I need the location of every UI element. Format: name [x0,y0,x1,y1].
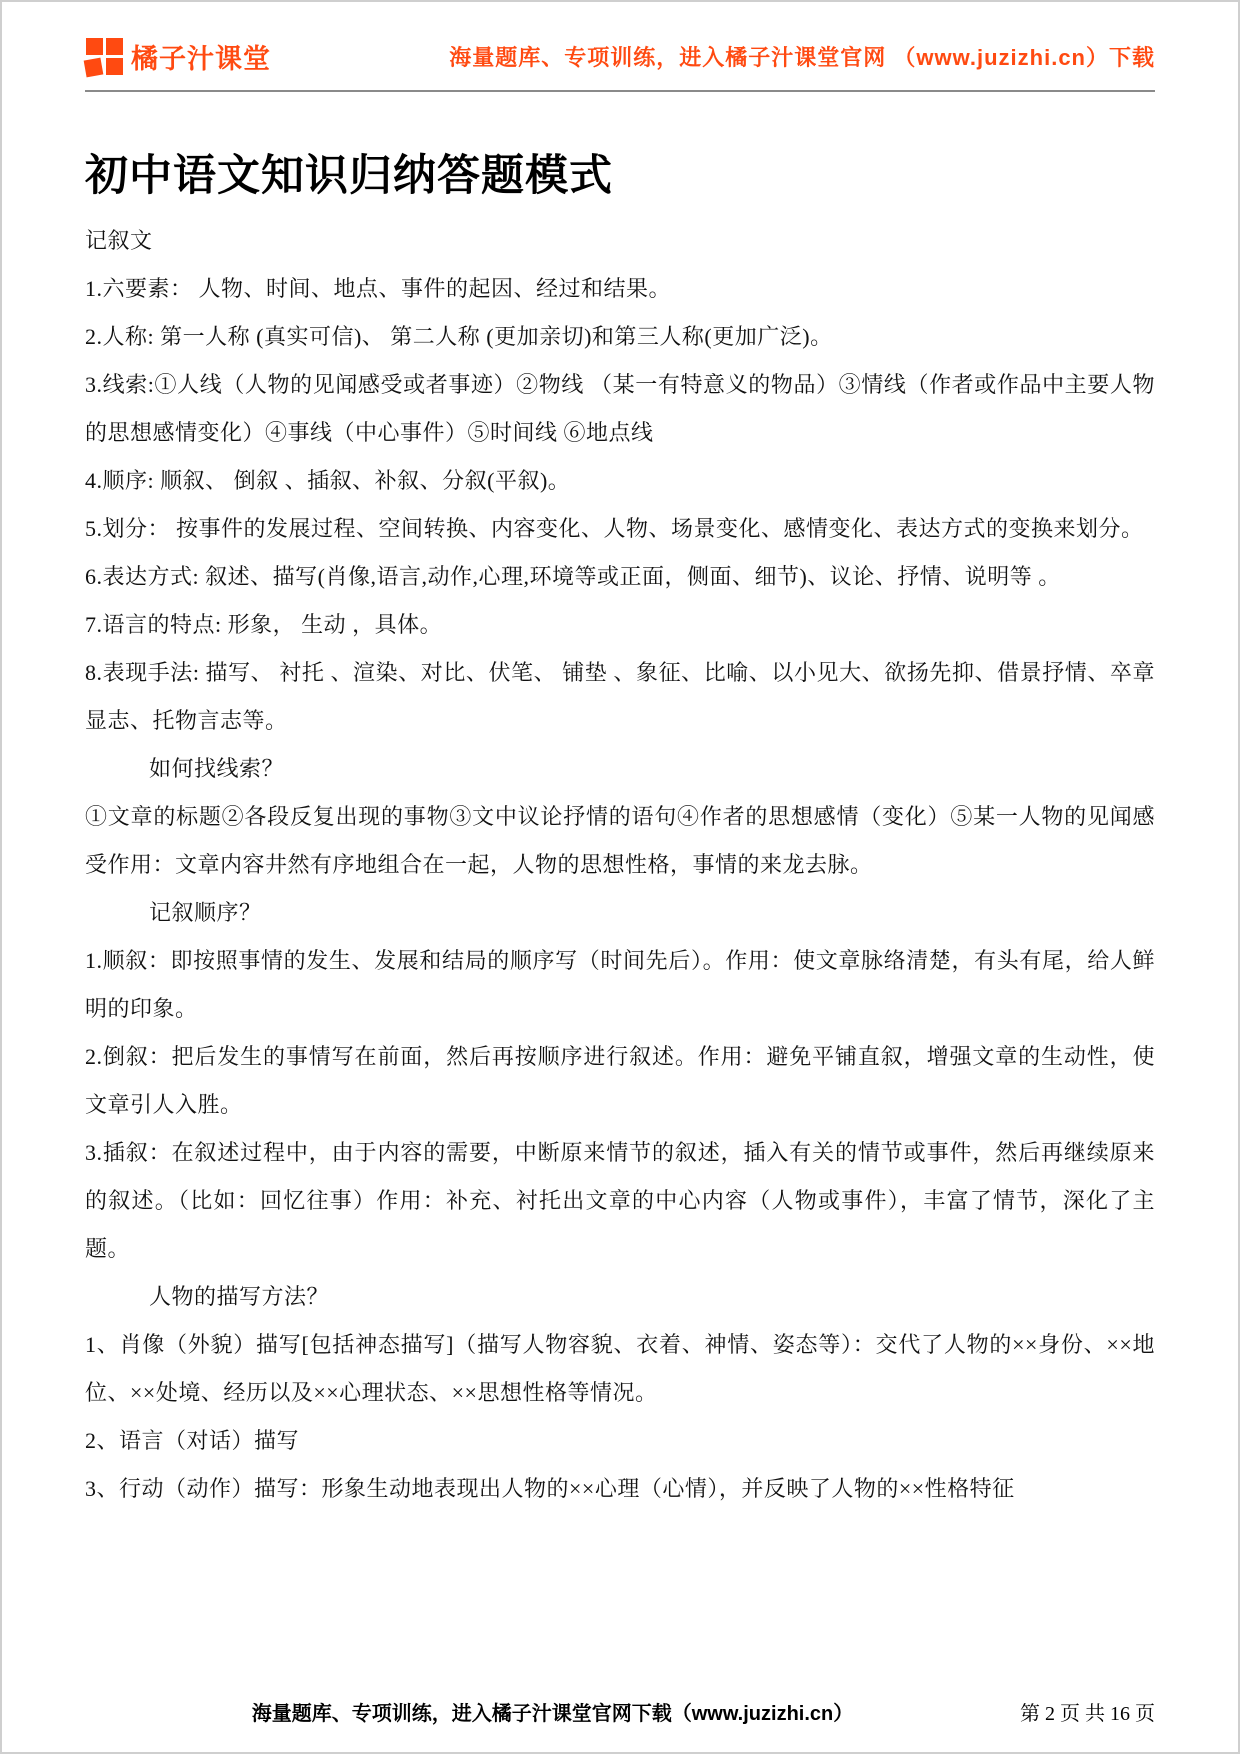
page-title: 初中语文知识归纳答题模式 [85,142,1155,203]
page-footer: 海量题库、专项训练，进入橘子汁课堂官网下载（www.juzizhi.cn） 第 … [85,1697,1155,1726]
paragraph: 1.顺叙：即按照事情的发生、发展和结局的顺序写（时间先后）。作用：使文章脉络清楚… [85,937,1155,1033]
section-heading: 记叙顺序？ [149,889,1155,937]
footer-promo-text: 海量题库、专项训练，进入橘子汁课堂官网下载（www.juzizhi.cn） [85,1697,1020,1726]
logo-text: 橘子汁课堂 [131,37,271,76]
paragraph: 1.六要素： 人物、时间、地点、事件的起因、经过和结果。 [85,265,1155,313]
body-paragraphs: 记叙文1.六要素： 人物、时间、地点、事件的起因、经过和结果。2.人称: 第一人… [85,217,1155,1513]
paragraph: 3.线索:①人线（人物的见闻感受或者事迹）②物线 （某一有特意义的物品）③情线（… [85,361,1155,457]
paragraph: 2.人称: 第一人称 (真实可信)、 第二人称 (更加亲切)和第三人称(更加广泛… [85,313,1155,361]
header-promo-text: 海量题库、专项训练，进入橘子汁课堂官网 （www.juzizhi.cn）下载 [449,41,1155,72]
paragraph: 3、行动（动作）描写：形象生动地表现出人物的××心理（心情），并反映了人物的××… [85,1465,1155,1513]
page-header: 橘子汁课堂 海量题库、专项训练，进入橘子汁课堂官网 （www.juzizhi.c… [85,0,1155,76]
paragraph: 3.插叙：在叙述过程中，由于内容的需要，中断原来情节的叙述，插入有关的情节或事件… [85,1129,1155,1273]
document-page: { "page": { "colors": { "accent": "#ff4a… [0,0,1240,1754]
page-number: 第 2 页 共 16 页 [1020,1697,1155,1726]
paragraph: 8.表现手法: 描写、 衬托 、渲染、对比、伏笔、 铺垫 、象征、比喻、以小见大… [85,649,1155,745]
paragraph: 5.划分： 按事件的发展过程、空间转换、内容变化、人物、场景变化、感情变化、表达… [85,505,1155,553]
paragraph: ①文章的标题②各段反复出现的事物③文中议论抒情的语句④作者的思想感情（变化）⑤某… [85,793,1155,889]
juzizhi-logo-icon [85,36,125,76]
paragraph: 4.顺序: 顺叙、 倒叙 、插叙、补叙、分叙(平叙)。 [85,457,1155,505]
header-divider [85,90,1155,92]
juzizhi-logo: 橘子汁课堂 [85,36,271,76]
section-heading: 人物的描写方法？ [149,1273,1155,1321]
paragraph: 2.倒叙：把后发生的事情写在前面，然后再按顺序进行叙述。作用：避免平铺直叙，增强… [85,1033,1155,1129]
paragraph: 6.表达方式: 叙述、描写(肖像,语言,动作,心理,环境等或正面，侧面、细节)、… [85,553,1155,601]
paragraph: 记叙文 [85,217,1155,265]
section-heading: 如何找线索？ [149,745,1155,793]
paragraph: 2、语言（对话）描写 [85,1417,1155,1465]
paragraph: 7.语言的特点: 形象， 生动 ，具体。 [85,601,1155,649]
paragraph: 1、肖像（外貌）描写[包括神态描写]（描写人物容貌、衣着、神情、姿态等）：交代了… [85,1321,1155,1417]
